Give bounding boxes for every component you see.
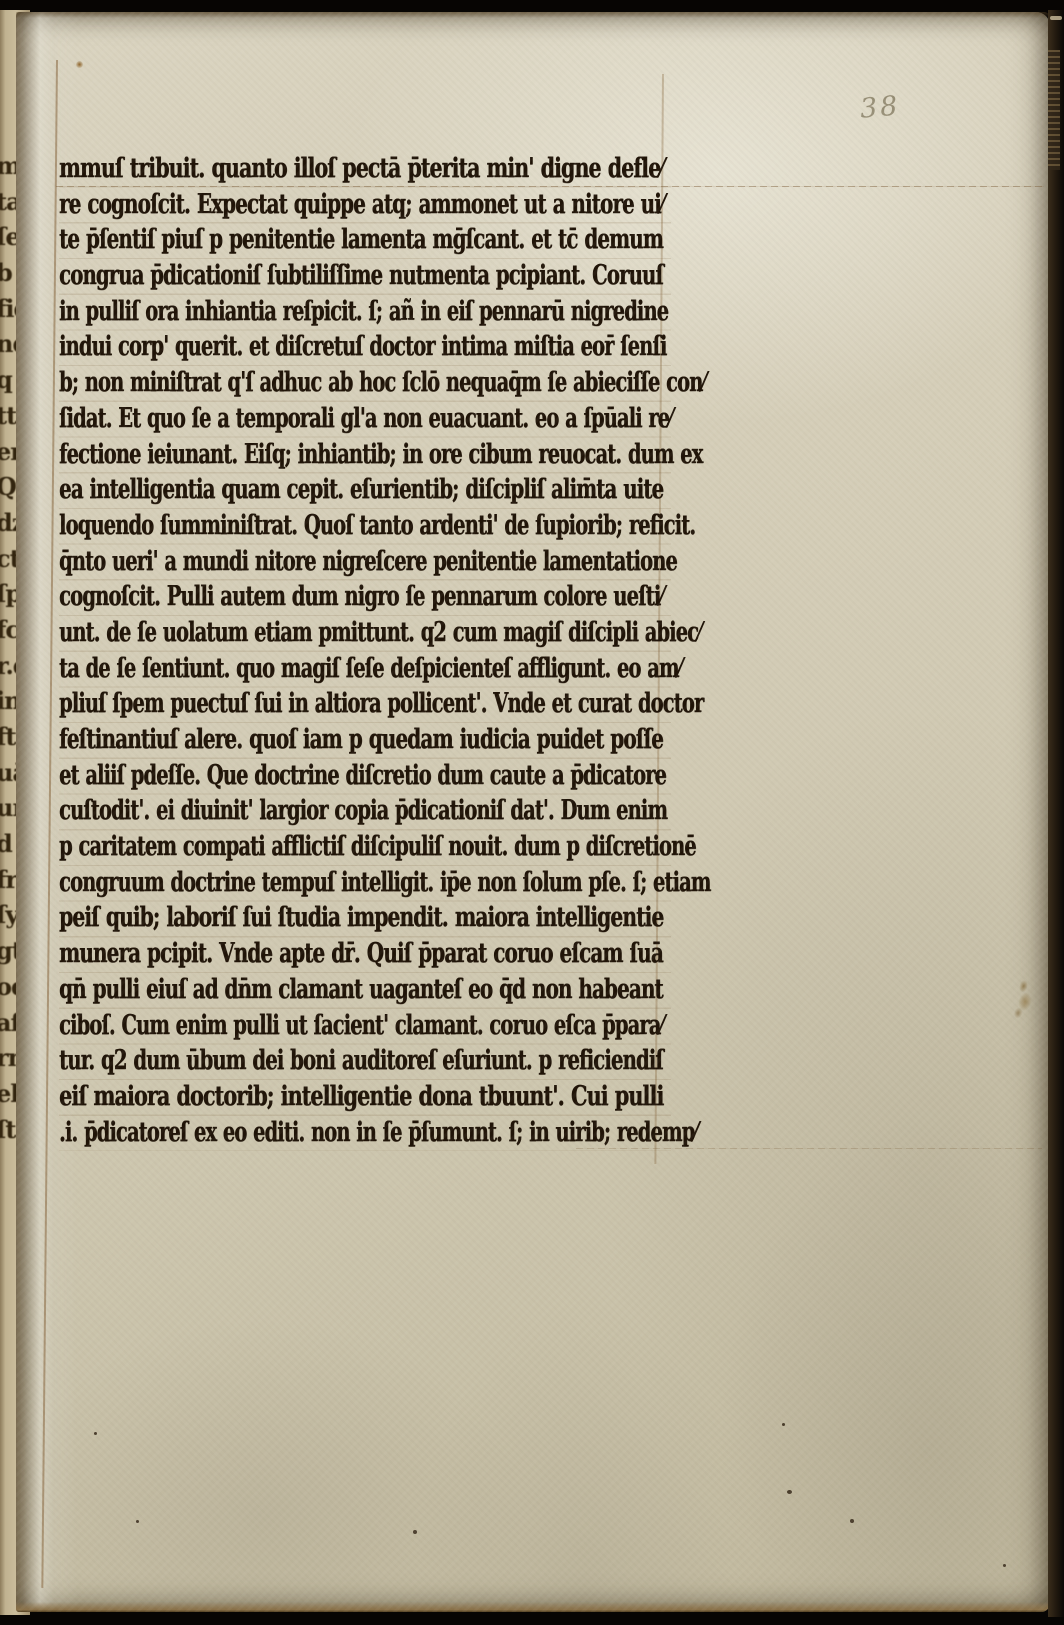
- manuscript-text-line: peiſ quib; laboriſ ſui ſtudia impendit. …: [59, 901, 518, 937]
- rust-stain-dot: [76, 61, 83, 68]
- parchment-speck: [782, 1423, 785, 1426]
- manuscript-text-line: indui corp' querit. et diſcretuſ doctor …: [59, 330, 500, 366]
- manuscript-text-line: ea intelligentia quam cepit. eſurientib;…: [59, 473, 508, 509]
- manuscript-text-line: in pulliſ ora inhiantia reſpicit. ſ; añ …: [59, 295, 500, 331]
- book-fore-edge: [1048, 10, 1064, 1617]
- manuscript-text-line: eiſ maiora doctorib; intelligentie dona …: [59, 1080, 529, 1116]
- manuscript-text-line: congruum doctrine tempuſ intelligit. ip̄…: [59, 866, 500, 902]
- manuscript-text-line: fectione ieiunant. Eiſq; inhiantib; in o…: [59, 438, 500, 474]
- page-top-edge: [16, 12, 1050, 18]
- manuscript-text-line: pliuſ ſpem puectuſ ſui in altiora pollic…: [59, 687, 500, 723]
- manuscript-text-line: ſidat. Et quo ſe a temporali gl'a non eu…: [59, 402, 500, 438]
- manuscript-text-line: qn̄ pulli eiuſ ad dn̄m clamant uaganteſ …: [59, 973, 511, 1009]
- manuscript-text-line: te p̄ſentiſ piuſ p penitentie lamenta mḡ…: [59, 223, 510, 259]
- ruling-line-vertical-left: [41, 60, 57, 1588]
- manuscript-text-line: cuſtodit'. ei diuinit' largior copia p̄d…: [59, 794, 500, 830]
- parchment-speck: [136, 1520, 139, 1523]
- page-bottom-edge: [16, 1602, 1050, 1612]
- manuscript-text-line: mmuſ tribuit. quanto illoſ pectā p̄terit…: [59, 152, 525, 188]
- parchment-speck: [787, 1490, 792, 1494]
- parchment-speck: [628, 497, 630, 499]
- manuscript-text-line: ciboſ. Cum enim pulli ut ſacient' claman…: [59, 1009, 500, 1045]
- manuscript-text-line: re cognoſcit. Expectat quippe atq; ammon…: [59, 188, 511, 224]
- manuscript-text-line: .i. p̄dicatoreſ ex eo editi. non in ſe p…: [59, 1116, 500, 1152]
- manuscript-text-line: munera pcipit. Vnde apte dr̄. Quiſ p̄par…: [59, 937, 512, 973]
- manuscript-text-block: mmuſ tribuit. quanto illoſ pectā p̄terit…: [59, 152, 671, 1151]
- manuscript-photograph: mtaſebfidndqtterQuidzctſpfcar.qimftuuāum…: [0, 0, 1064, 1625]
- manuscript-page: 38 mmuſ tribuit. quanto illoſ pectā p̄te…: [16, 12, 1050, 1612]
- parchment-speck: [1003, 1564, 1006, 1567]
- underlying-page-corner: [1050, 16, 1062, 20]
- manuscript-text-line: ta de ſe ſentiunt. quo magiſ ſeſe deſpic…: [59, 652, 500, 688]
- parchment-speck: [413, 1530, 417, 1534]
- parchment-speck: [94, 1432, 97, 1435]
- manuscript-text-line: cognoſcit. Pulli autem dum nigro ſe penn…: [59, 580, 503, 616]
- folio-number: 38: [859, 90, 902, 124]
- parchment-stain: [1005, 975, 1040, 1022]
- manuscript-text-line: q̄nto ueri' a mundi nitore nigreſcere pe…: [59, 545, 500, 581]
- manuscript-text-line: congrua p̄dicationiſ ſubtiliſſime nutmen…: [59, 259, 505, 295]
- manuscript-text-line: et aliiſ pdeſſe. Que doctrine diſcretio …: [59, 759, 500, 795]
- stacked-page-edges: [1048, 50, 1060, 170]
- manuscript-text-line: b; non miniſtrat q'ſ adhuc ab hoc ſclō n…: [59, 366, 500, 402]
- manuscript-text-line: loquendo ſumminiſtrat. Quoſ tanto ardent…: [59, 509, 500, 545]
- manuscript-text-line: feſtinantiuſ alere. quoſ iam p quedam iu…: [59, 723, 513, 759]
- manuscript-text-line: unt. de ſe uolatum etiam pmittunt. q2 cu…: [59, 616, 500, 652]
- manuscript-text-line: p caritatem compati afflictiſ diſcipuliſ…: [59, 830, 500, 866]
- parchment-speck: [850, 1519, 854, 1523]
- manuscript-text-line: tur. q2 dum ūbum dei boni auditoreſ eſur…: [59, 1044, 504, 1080]
